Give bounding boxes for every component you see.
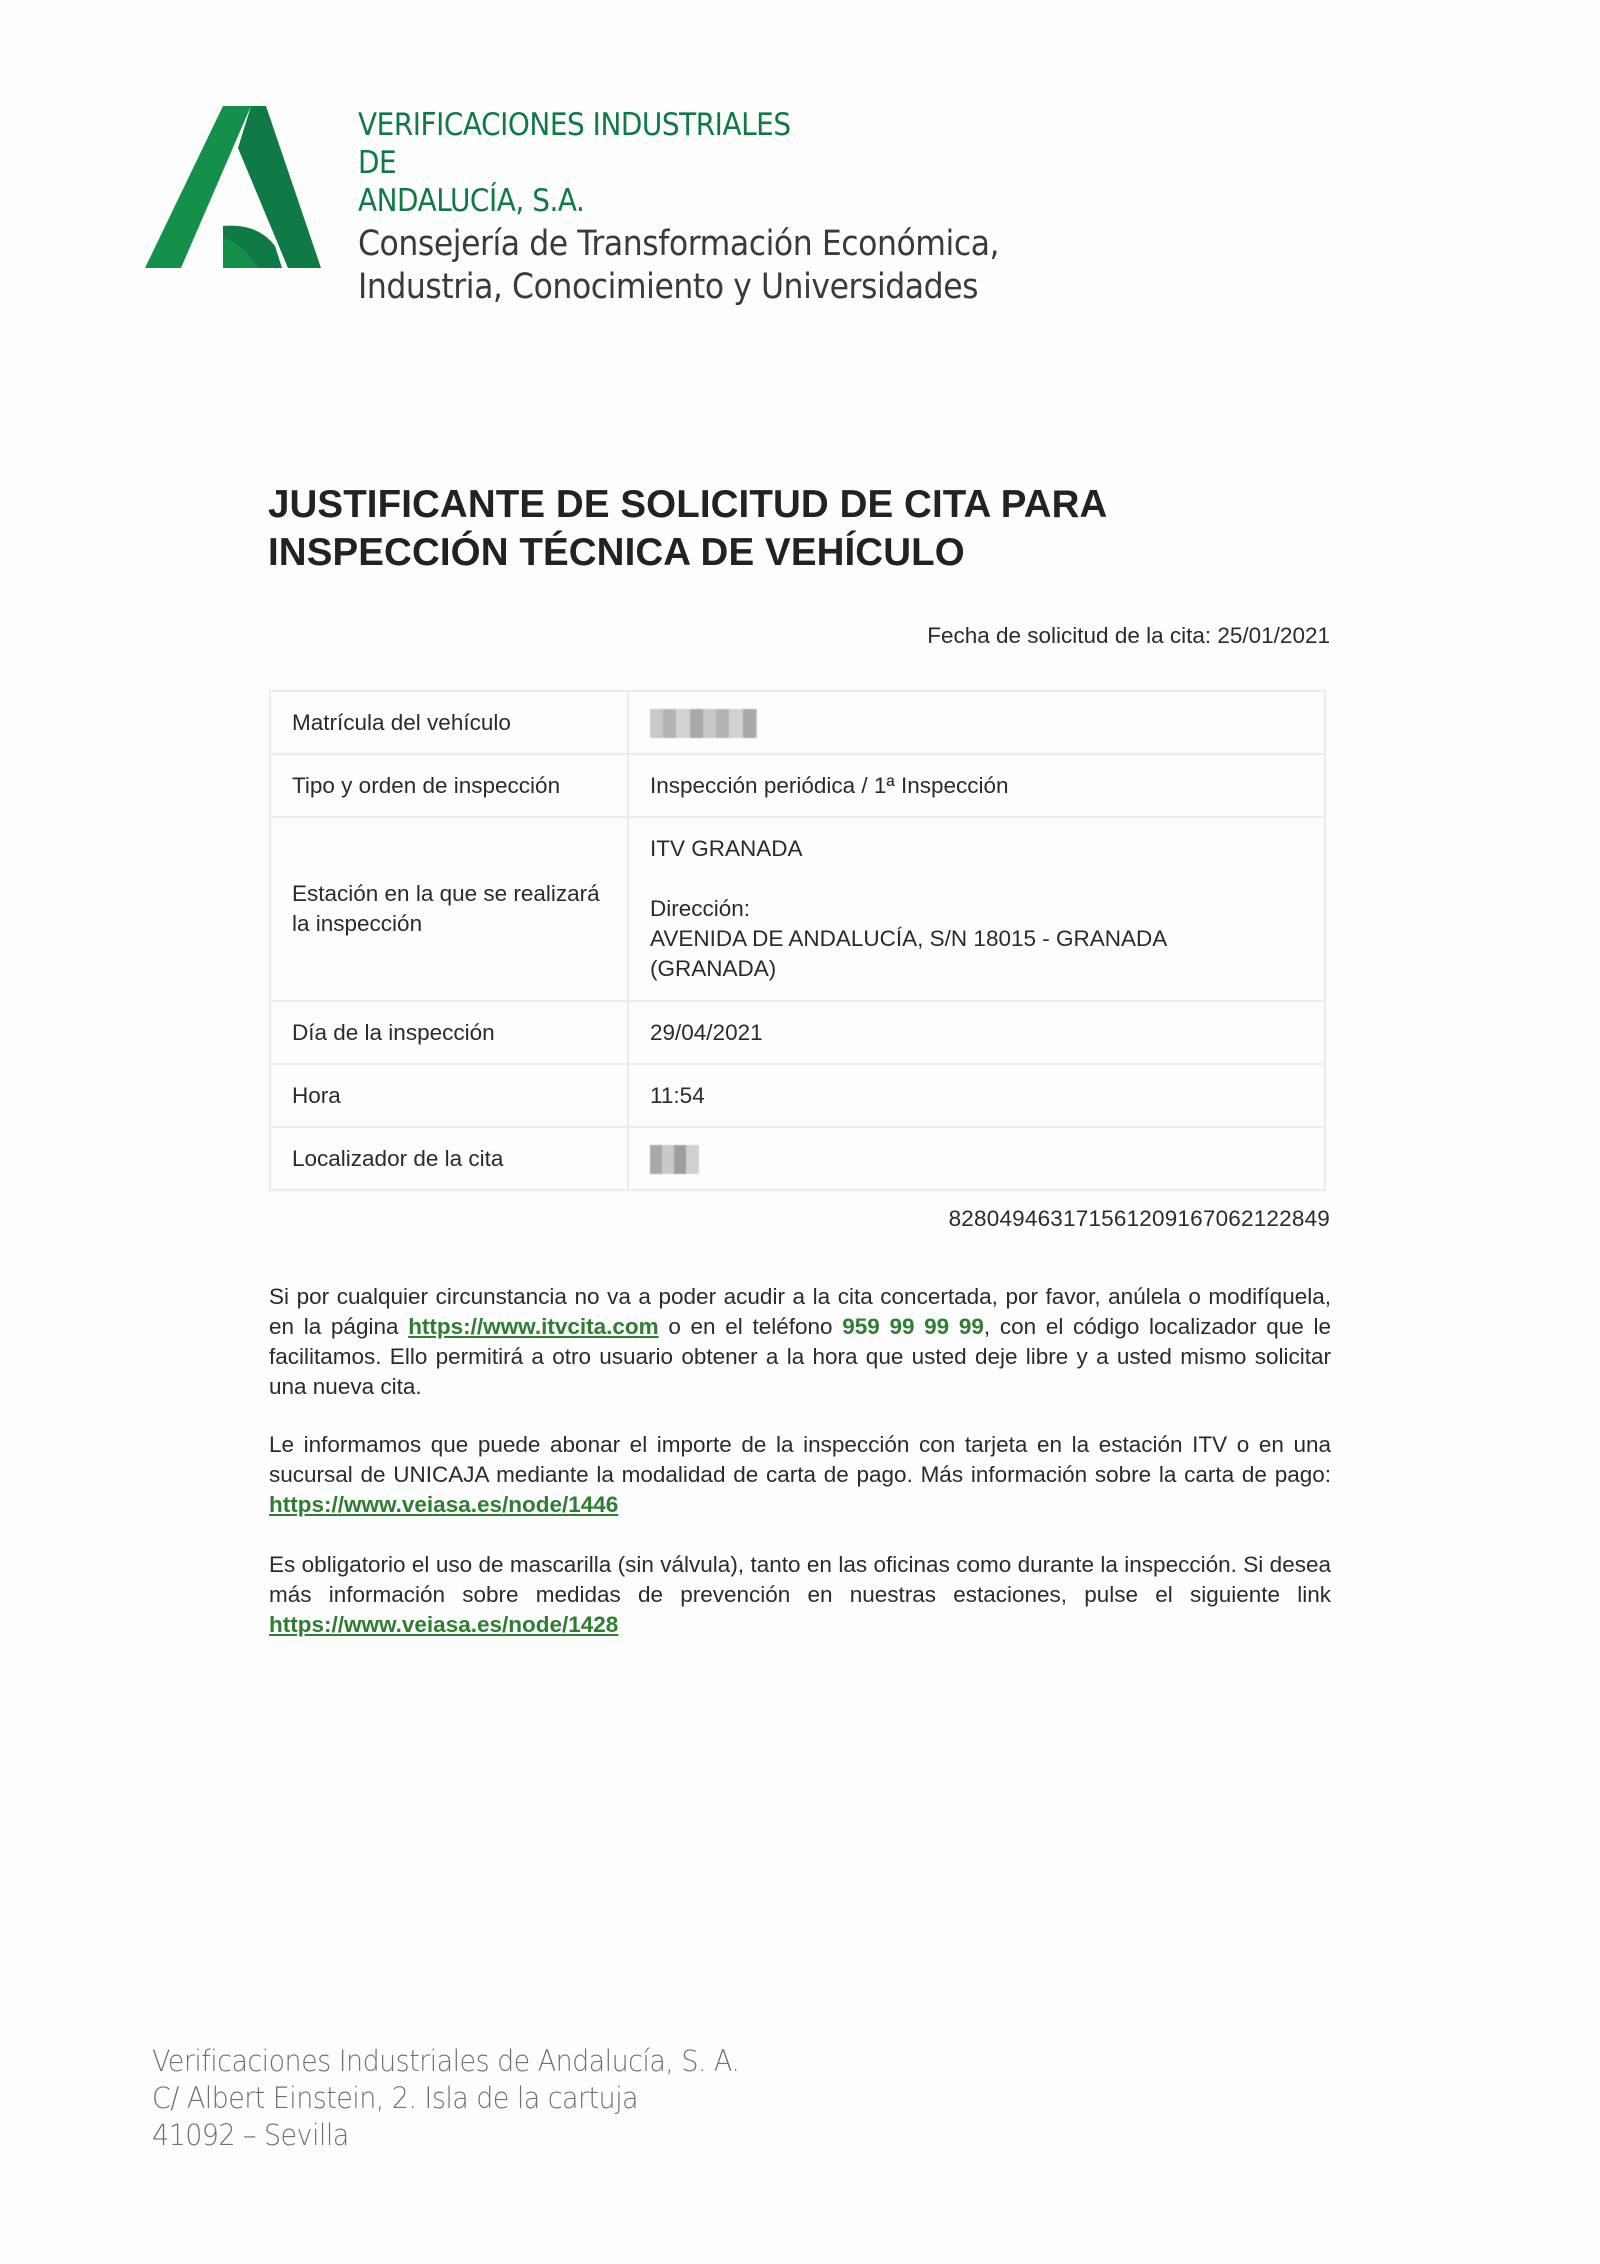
row-label-date: Día de la inspección xyxy=(270,1001,628,1064)
address-label: Dirección: xyxy=(650,894,1303,924)
row-label-time: Hora xyxy=(270,1064,628,1127)
row-label-station: Estación en la que se realizará la inspe… xyxy=(270,817,628,1001)
phone-number: 959 99 99 99 xyxy=(842,1314,984,1339)
request-date: Fecha de solicitud de la cita: 25/01/202… xyxy=(927,623,1330,649)
redacted-locator xyxy=(650,1145,699,1174)
organization-header: VERIFICACIONES INDUSTRIALES DE ANDALUCÍA… xyxy=(358,106,1070,309)
footer-company: Verificaciones Industriales de Andalucía… xyxy=(152,2043,739,2080)
prevention-info-link[interactable]: https://www.veiasa.es/node/1428 xyxy=(269,1612,618,1637)
itvcita-link[interactable]: https://www.itvcita.com xyxy=(408,1314,658,1339)
row-value-plate xyxy=(628,691,1325,754)
footer-street: C/ Albert Einstein, 2. Isla de la cartuj… xyxy=(152,2080,739,2117)
payment-notice: Le informamos que puede abonar el import… xyxy=(269,1430,1331,1520)
table-row: Día de la inspección 29/04/2021 xyxy=(270,1001,1325,1064)
document-title: JUSTIFICANTE DE SOLICITUD DE CITA PARA I… xyxy=(268,481,1368,577)
row-value-type: Inspección periódica / 1ª Inspección xyxy=(628,754,1325,817)
footer-city: 41092 – Sevilla xyxy=(152,2117,739,2154)
redacted-plate xyxy=(650,709,757,738)
station-name: ITV GRANADA xyxy=(650,834,1303,864)
table-row: Tipo y orden de inspección Inspección pe… xyxy=(270,754,1325,817)
table-row: Matrícula del vehículo xyxy=(270,691,1325,754)
junta-de-andalucia-a-logo-icon xyxy=(145,106,321,270)
company-name-line1: VERIFICACIONES INDUSTRIALES DE xyxy=(358,106,826,182)
row-value-station: ITV GRANADA Dirección: AVENIDA DE ANDALU… xyxy=(628,817,1325,1001)
table-row: Hora 11:54 xyxy=(270,1064,1325,1127)
payment-info-link[interactable]: https://www.veiasa.es/node/1446 xyxy=(269,1492,618,1517)
row-value-time: 11:54 xyxy=(628,1064,1325,1127)
row-value-date: 29/04/2021 xyxy=(628,1001,1325,1064)
row-label-type: Tipo y orden de inspección xyxy=(270,754,628,817)
reference-number: 828049463171561209167062122849 xyxy=(949,1206,1330,1232)
station-address: AVENIDA DE ANDALUCÍA, S/N 18015 - GRANAD… xyxy=(650,924,1250,984)
mask-notice: Es obligatorio el uso de mascarilla (sin… xyxy=(269,1550,1331,1640)
appointment-details-table: Matrícula del vehículo Tipo y orden de i… xyxy=(269,690,1326,1191)
row-label-locator: Localizador de la cita xyxy=(270,1127,628,1190)
department-name: Consejería de Transformación Económica, … xyxy=(358,223,999,309)
company-address-footer: Verificaciones Industriales de Andalucía… xyxy=(152,2043,784,2154)
department-line2: Industria, Conocimiento y Universidades xyxy=(358,266,999,309)
company-name: VERIFICACIONES INDUSTRIALES DE ANDALUCÍA… xyxy=(358,106,826,220)
title-line2: INSPECCIÓN TÉCNICA DE VEHÍCULO xyxy=(268,529,1368,577)
row-value-locator xyxy=(628,1127,1325,1190)
title-line1: JUSTIFICANTE DE SOLICITUD DE CITA PARA xyxy=(268,481,1368,529)
table-row: Localizador de la cita xyxy=(270,1127,1325,1190)
company-name-line2: ANDALUCÍA, S.A. xyxy=(358,182,826,220)
table-row: Estación en la que se realizará la inspe… xyxy=(270,817,1325,1001)
department-line1: Consejería de Transformación Económica, xyxy=(358,223,999,266)
row-label-plate: Matrícula del vehículo xyxy=(270,691,628,754)
cancellation-notice: Si por cualquier circunstancia no va a p… xyxy=(269,1282,1331,1402)
